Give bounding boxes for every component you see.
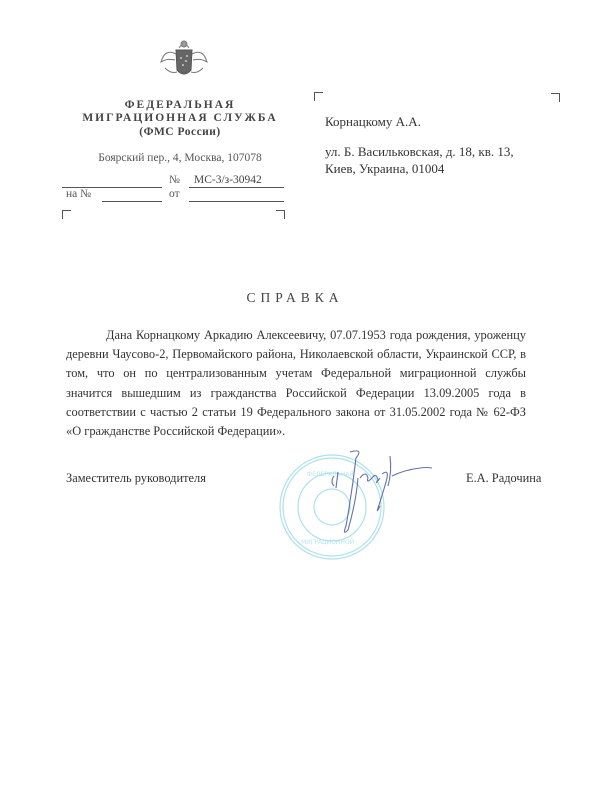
corner-mark bbox=[551, 93, 560, 102]
body-paragraph: Дана Корнацкому Аркадию Алексеевичу, 07.… bbox=[66, 326, 526, 441]
ref-number-line bbox=[102, 201, 162, 202]
recipient-address-line1: ул. Б. Васильковская, д. 18, кв. 13, bbox=[325, 144, 514, 160]
org-name-line1: ФЕДЕРАЛЬНАЯ bbox=[60, 99, 300, 111]
document-title: СПРАВКА bbox=[0, 290, 590, 306]
handwritten-signature bbox=[320, 442, 440, 552]
org-name-abbr: (ФМС России) bbox=[60, 126, 300, 138]
org-name-line2: МИГРАЦИОННАЯ СЛУЖБА bbox=[60, 112, 300, 124]
corner-mark bbox=[62, 210, 71, 219]
recipient-address-line2: Киев, Украина, 01004 bbox=[325, 161, 444, 177]
number-field-line bbox=[189, 187, 284, 188]
from-label: от bbox=[169, 188, 180, 200]
corner-mark bbox=[314, 92, 323, 101]
org-address: Боярский пер., 4, Москва, 107078 bbox=[60, 152, 300, 164]
outgoing-number: МС-3/з-30942 bbox=[194, 174, 262, 186]
document-body: Дана Корнацкому Аркадию Алексеевичу, 07.… bbox=[66, 326, 526, 441]
recipient-name: Корнацкому А.А. bbox=[325, 114, 421, 130]
fms-emblem-icon bbox=[157, 38, 211, 82]
from-date-line bbox=[189, 201, 284, 202]
signer-role: Заместитель руководителя bbox=[66, 471, 206, 486]
number-label: № bbox=[169, 174, 180, 186]
signer-name: Е.А. Радочина bbox=[466, 471, 541, 486]
ref-number-label: на № bbox=[66, 188, 91, 200]
corner-mark bbox=[276, 210, 285, 219]
